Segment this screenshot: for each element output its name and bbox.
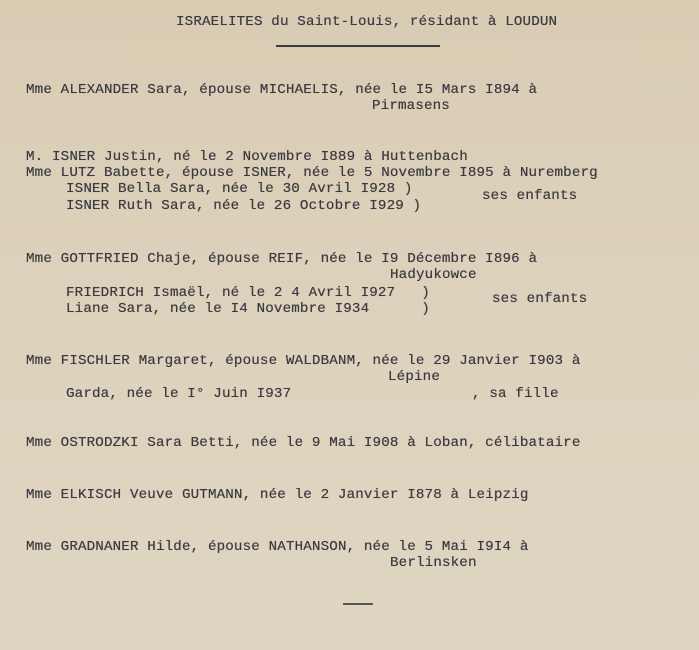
birthplace: Pirmasens <box>372 98 450 114</box>
child-line: Garda, née le I° Juin I937 <box>66 386 291 402</box>
entry-line: M. ISNER Justin, né le 2 Novembre I889 à… <box>26 149 468 165</box>
entry-line: Mme LUTZ Babette, épouse ISNER, née le 5… <box>26 165 598 181</box>
title-underline <box>276 45 440 47</box>
birthplace: Berlinsken <box>390 555 477 571</box>
birthplace: Lépine <box>388 369 440 385</box>
birthplace: Hadyukowce <box>390 267 477 283</box>
entry-line: Mme ELKISCH Veuve GUTMANN, née le 2 Janv… <box>26 487 529 503</box>
document-page: ISRAELITES du Saint-Louis, résidant à LO… <box>0 0 699 650</box>
entry-line: Mme FISCHLER Margaret, épouse WALDBANM, … <box>26 353 581 369</box>
child-line: ISNER Bella Sara, née le 30 Avril I928 ) <box>66 181 413 197</box>
entry-line: Mme ALEXANDER Sara, épouse MICHAELIS, né… <box>26 82 537 98</box>
entry-line: Mme OSTRODZKI Sara Betti, née le 9 Mai I… <box>26 435 581 451</box>
end-dash <box>343 603 373 605</box>
entry-line: Mme GRADNANER Hilde, épouse NATHANSON, n… <box>26 539 529 555</box>
child-line: ISNER Ruth Sara, née le 26 Octobre I929 … <box>66 198 421 214</box>
document-title: ISRAELITES du Saint-Louis, résidant à LO… <box>176 14 557 30</box>
child-line: FRIEDRICH Ismaël, né le 2 4 Avril I927 ) <box>66 285 430 301</box>
entry-line: Mme GOTTFRIED Chaje, épouse REIF, née le… <box>26 251 537 267</box>
children-note: ses enfants <box>492 291 587 307</box>
children-note: ses enfants <box>482 188 577 204</box>
child-line: Liane Sara, née le I4 Novembre I934 ) <box>66 301 430 317</box>
child-note: , sa fille <box>472 386 559 402</box>
